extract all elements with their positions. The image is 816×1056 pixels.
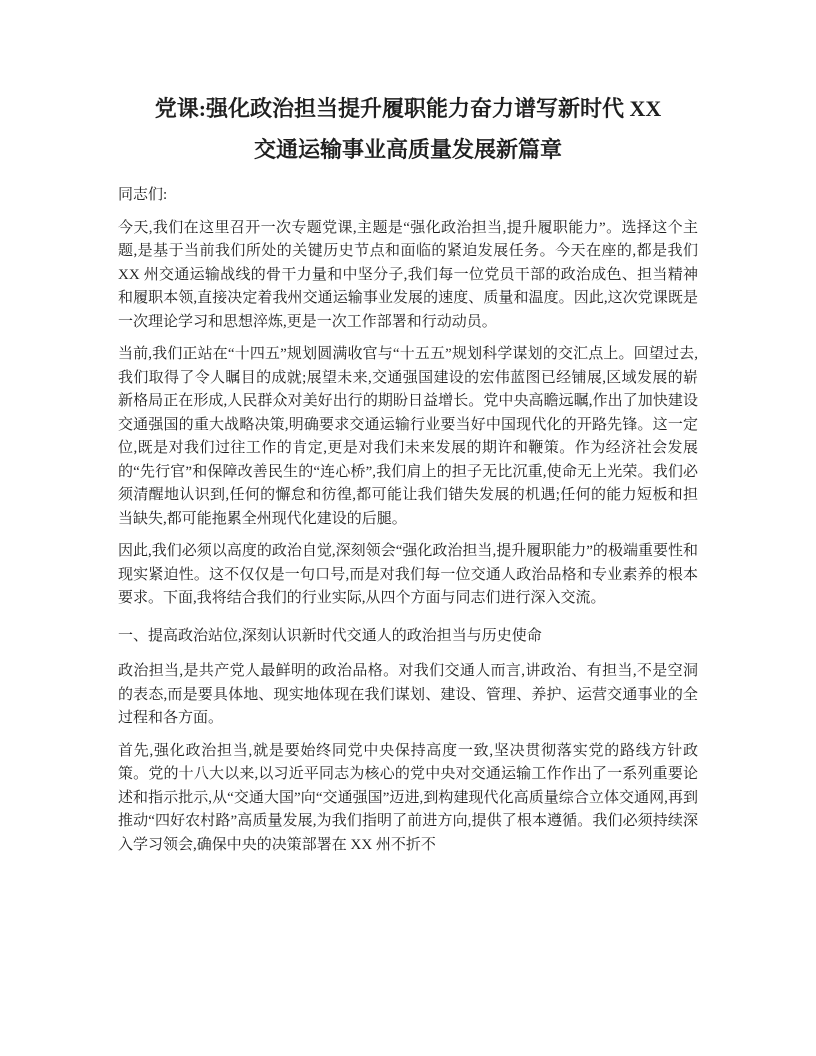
paragraph-intro-1: 今天,我们在这里召开一次专题党课,主题是“强化政治担当,提升履职能力”。选择这个… <box>118 217 698 335</box>
paragraph-section1-1: 政治担当,是共产党人最鲜明的政治品格。对我们交通人而言,讲政治、有担当,不是空洞… <box>118 660 698 731</box>
document-title-line-1: 党课:强化政治担当提升履职能力奋力谱写新时代 XX <box>118 88 698 129</box>
document-page: 党课:强化政治担当提升履职能力奋力谱写新时代 XX 交通运输事业高质量发展新篇章… <box>0 0 816 1056</box>
paragraph-intro-2: 当前,我们正站在“十四五”规划圆满收官与“十五五”规划科学谋划的交汇点上。回望过… <box>118 343 698 531</box>
paragraph-intro-3: 因此,我们必须以高度的政治自觉,深刻领会“强化政治担当,提升履职能力”的极端重要… <box>118 540 698 611</box>
document-body: 同志们: 今天,我们在这里召开一次专题党课,主题是“强化政治担当,提升履职能力”… <box>118 184 698 857</box>
section-heading-1: 一、提高政治站位,深刻认识新时代交通人的政治担当与历史使命 <box>118 625 698 649</box>
salutation: 同志们: <box>118 184 698 208</box>
document-title-line-2: 交通运输事业高质量发展新篇章 <box>118 129 698 170</box>
paragraph-section1-2: 首先,强化政治担当,就是要始终同党中央保持高度一致,坚决贯彻落实党的路线方针政策… <box>118 740 698 858</box>
document-title: 党课:强化政治担当提升履职能力奋力谱写新时代 XX 交通运输事业高质量发展新篇章 <box>118 88 698 170</box>
